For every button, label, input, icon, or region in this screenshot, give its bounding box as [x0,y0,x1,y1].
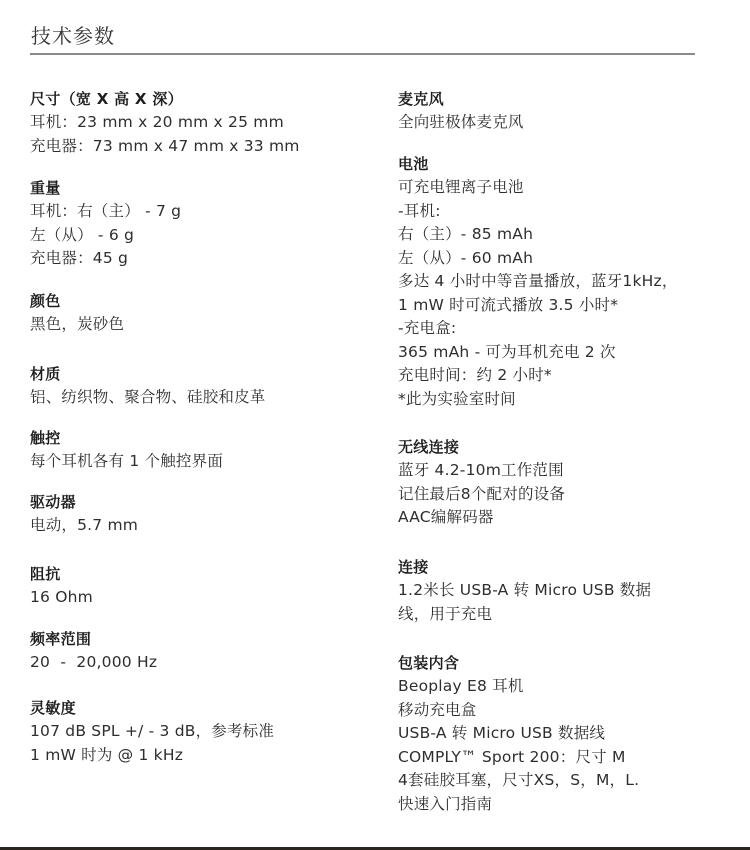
spec-heading: 频率范围 [30,628,370,650]
spec-in-the-box: 包装内含 Beoplay E8 耳机 移动充电盒 USB-A 转 Micro U… [398,652,718,816]
spec-line: 耳机：右（主） - 7 g [30,200,370,224]
spec-frequency-range: 频率范围 20 - 20,000 Hz [30,628,370,675]
spec-line: 全向驻极体麦克风 [398,111,718,135]
spec-heading: 触控 [30,427,370,449]
spec-heading: 材质 [30,363,370,385]
spec-line: 多达 4 小时中等音量播放，蓝牙1kHz， [398,270,718,294]
spec-dimensions: 尺寸（宽 X 高 X 深） 耳机：23 mm x 20 mm x 25 mm 充… [30,88,370,158]
spec-heading: 颜色 [30,290,370,312]
spec-heading: 阻抗 [30,563,370,585]
spec-line: 充电器：45 g [30,247,370,271]
spec-line: 左（从） - 6 g [30,224,370,248]
spec-heading: 连接 [398,556,718,578]
spec-color: 颜色 黑色，炭砂色 [30,290,370,337]
spec-line: 蓝牙 4.2-10m工作范围 [398,459,718,483]
spec-wireless: 无线连接 蓝牙 4.2-10m工作范围 记住最后8个配对的设备 AAC编解码器 [398,436,718,530]
spec-battery: 电池 可充电锂离子电池 -耳机: 右（主）- 85 mAh 左（从）- 60 m… [398,153,718,411]
spec-line: 16 Ohm [30,586,370,610]
spec-heading: 无线连接 [398,436,718,458]
spec-sensitivity: 灵敏度 107 dB SPL +/ - 3 dB，参考标准 1 mW 时为 @ … [30,697,370,767]
spec-line: USB-A 转 Micro USB 数据线 [398,722,718,746]
spec-line: *此为实验室时间 [398,388,718,412]
spec-heading: 包装内含 [398,652,718,674]
spec-line: 电动，5.7 mm [30,514,370,538]
spec-material: 材质 铝、纺织物、聚合物、硅胶和皮革 [30,363,370,410]
spec-line: 左（从）- 60 mAh [398,247,718,271]
spec-touch: 触控 每个耳机各有 1 个触控界面 [30,427,370,474]
spec-connectivity: 连接 1.2米长 USB-A 转 Micro USB 数据 线，用于充电 [398,556,718,626]
spec-line: 每个耳机各有 1 个触控界面 [30,450,370,474]
spec-heading: 电池 [398,153,718,175]
spec-line: COMPLY™ Sport 200：尺寸 M [398,746,718,770]
spec-weight: 重量 耳机：右（主） - 7 g 左（从） - 6 g 充电器：45 g [30,177,370,271]
spec-heading: 麦克风 [398,88,718,110]
spec-line: 365 mAh - 可为耳机充电 2 次 [398,341,718,365]
spec-driver: 驱动器 电动，5.7 mm [30,491,370,538]
spec-impedance: 阻抗 16 Ohm [30,563,370,610]
spec-line: 耳机：23 mm x 20 mm x 25 mm [30,111,370,135]
spec-line: 充电时间：约 2 小时* [398,364,718,388]
spec-line: 4套硅胶耳塞，尺寸XS，S，M，L. [398,769,718,793]
spec-line: 移动充电盒 [398,699,718,723]
spec-line: Beoplay E8 耳机 [398,675,718,699]
spec-line: 线，用于充电 [398,603,718,627]
spec-line: 1.2米长 USB-A 转 Micro USB 数据 [398,579,718,603]
page-title: 技术参数 [31,23,115,49]
spec-heading: 重量 [30,177,370,199]
spec-line: 黑色，炭砂色 [30,313,370,337]
spec-heading: 尺寸（宽 X 高 X 深） [30,88,370,110]
spec-line: 107 dB SPL +/ - 3 dB，参考标准 [30,720,370,744]
spec-heading: 驱动器 [30,491,370,513]
spec-line: -充电盒: [398,317,718,341]
spec-line: 1 mW 时可流式播放 3.5 小时* [398,294,718,318]
spec-line: 快速入门指南 [398,793,718,817]
spec-heading: 灵敏度 [30,697,370,719]
spec-line: 右（主）- 85 mAh [398,223,718,247]
spec-line: 记住最后8个配对的设备 [398,483,718,507]
spec-line: 充电器：73 mm x 47 mm x 33 mm [30,135,370,159]
spec-line: 可充电锂离子电池 [398,176,718,200]
spec-line: 铝、纺织物、聚合物、硅胶和皮革 [30,386,370,410]
spec-line: 1 mW 时为 @ 1 kHz [30,744,370,768]
spec-line: -耳机: [398,200,718,224]
spec-line: 20 - 20,000 Hz [30,651,370,675]
title-divider [30,53,695,55]
spec-microphone: 麦克风 全向驻极体麦克风 [398,88,718,135]
spec-line: AAC编解码器 [398,506,718,530]
